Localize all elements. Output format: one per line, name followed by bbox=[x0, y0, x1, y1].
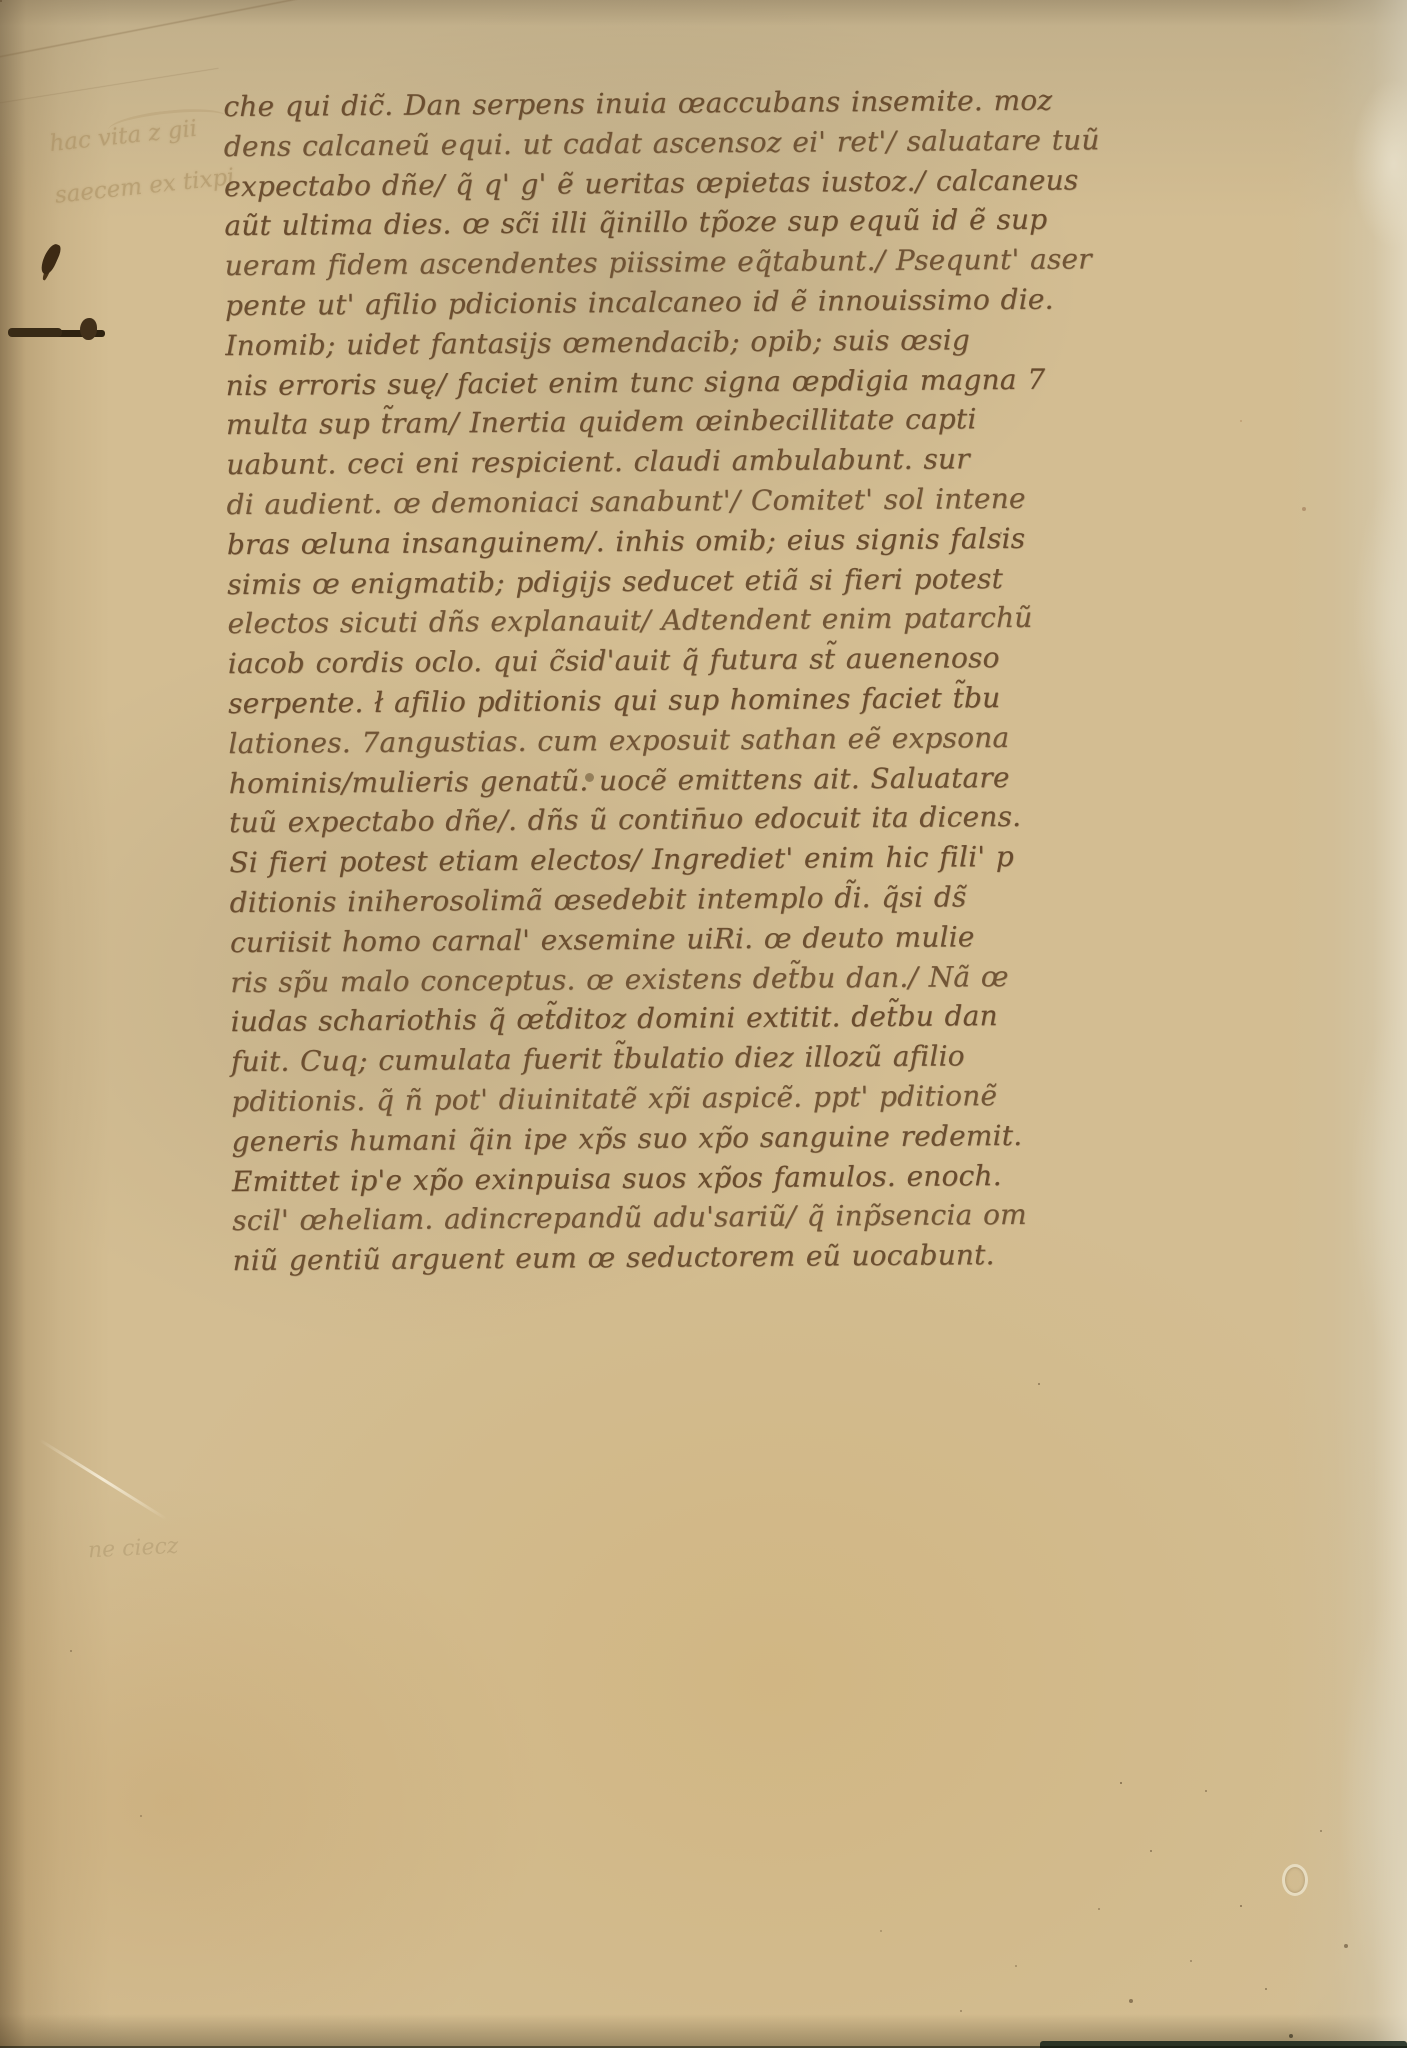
text-line: lationes. 7angustias. cum exposuit satha… bbox=[228, 718, 1028, 764]
ink-blot bbox=[38, 242, 63, 277]
text-line: Inomib; uidet fantasijs œmendacib; opib;… bbox=[225, 320, 1025, 366]
text-line: curiisit homo carnal' exsemine uiRi. œ d… bbox=[230, 917, 1030, 963]
text-line: pditionis. q̃ ñ pot' diuinitatẽ xp̃i asp… bbox=[231, 1076, 1031, 1122]
text-line: iacob cordis oclo. qui c̃sid'auit q̃ fut… bbox=[228, 638, 1028, 684]
text-line: serpente. ł afilio pditionis qui sup hom… bbox=[228, 678, 1028, 724]
text-line: ueram fidem ascendentes piissime eq̃tabu… bbox=[225, 240, 1025, 286]
text-line: fuit. Cuq; cumulata fuerit t̃bulatio die… bbox=[231, 1036, 1031, 1082]
text-line: expectabo dñe/ q̃ q' g' ẽ ueritas œpieta… bbox=[224, 160, 1024, 206]
text-line: che qui dic̃. Dan serpens inuia œaccuban… bbox=[223, 81, 1023, 127]
stain-ring bbox=[1282, 1864, 1308, 1896]
text-line: generis humani q̃in ipe xp̃s suo xp̃o sa… bbox=[231, 1116, 1031, 1162]
text-line: niũ gentiũ arguent eum œ seductorem eũ u… bbox=[232, 1235, 1032, 1281]
text-line: Si fieri potest etiam electos/ Ingrediet… bbox=[229, 837, 1029, 883]
text-line: simis œ enigmatib; pdigijs seducet etiã … bbox=[227, 558, 1027, 604]
marginal-note-line: hac vita z gii bbox=[48, 116, 198, 157]
worn-page-edge bbox=[1317, 0, 1407, 2048]
parchment-page: hac vita z gii saecem ex tixpi che qui d… bbox=[0, 0, 1407, 2048]
text-line: hominis/mulieris genatũ. uocẽ emittens a… bbox=[229, 757, 1029, 803]
text-line: ditionis iniherosolimã œsedebit intemplo… bbox=[230, 877, 1030, 923]
text-line: nis erroris suę/ faciet enim tunc signa … bbox=[226, 359, 1026, 405]
text-line: pente ut' afilio pdicionis incalcaneo id… bbox=[225, 280, 1025, 326]
fold-crease bbox=[0, 0, 307, 63]
text-line: tuũ expectabo dñe/. dñs ũ contin̄uo edoc… bbox=[229, 797, 1029, 843]
manuscript-photo: { "page": { "kind": "medieval manuscript… bbox=[0, 0, 1407, 2048]
speckle-spots bbox=[0, 0, 2, 2]
text-line: dens calcaneũ equi. ut cadat ascensoz ei… bbox=[224, 121, 1024, 167]
fold-crease bbox=[0, 67, 219, 107]
text-line: electos sicuti dñs explanauit/ Adtendent… bbox=[227, 598, 1027, 644]
marginal-note-bottom: ne ciecz bbox=[87, 1534, 179, 1564]
ink-blot bbox=[8, 328, 62, 337]
text-line: scil' œheliam. adincrepandũ adu'sariũ/ q… bbox=[232, 1195, 1032, 1241]
text-line: bras œluna insanguinem/. inhis omib; eiu… bbox=[227, 519, 1027, 565]
text-line: uabunt. ceci eni respicient. claudi ambu… bbox=[226, 439, 1026, 485]
scratch-mark bbox=[39, 1438, 168, 1520]
text-line: di audient. œ demoniaci sanabunt'/ Comit… bbox=[226, 479, 1026, 525]
text-line: aũt ultima dies. œ sc̃i illi q̃inillo tp… bbox=[224, 200, 1024, 246]
manuscript-text-block: che qui dic̃. Dan serpens inuia œaccuban… bbox=[223, 81, 1032, 1281]
text-line: multa sup t̃ram/ Inertia quidem œinbecil… bbox=[226, 399, 1026, 445]
text-line: Emittet ip'e xp̃o exinpuisa suos xp̃os f… bbox=[232, 1155, 1032, 1201]
text-line: iudas schariothis q̃ œt̃ditoz domini ext… bbox=[231, 996, 1031, 1042]
marginal-note-line: saecem ex tixpi bbox=[54, 164, 236, 209]
text-line: ris sp̃u malo conceptus. œ existens det̃… bbox=[230, 956, 1030, 1002]
ink-blot bbox=[80, 318, 97, 340]
